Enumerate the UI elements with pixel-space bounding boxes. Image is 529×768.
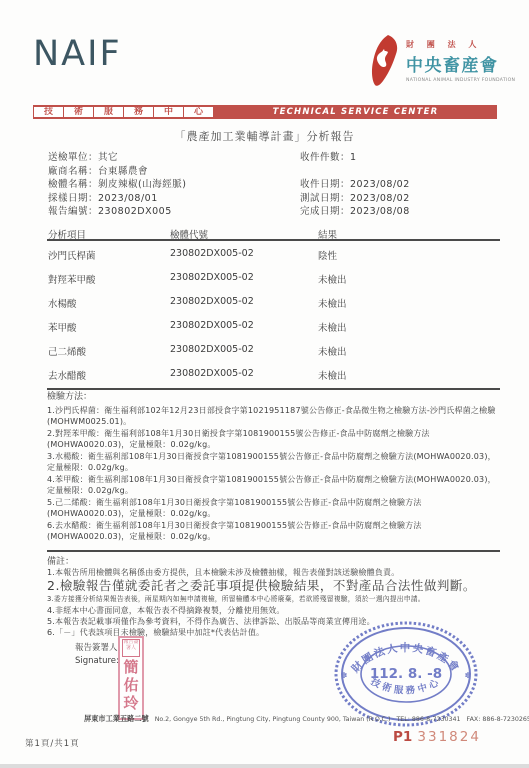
info-vendor-name: 廠商名稱：台東縣農會 <box>48 163 148 177</box>
sample-code: 230802DX005-02 <box>170 248 254 259</box>
methods-top-rule <box>47 388 500 390</box>
footer-address: 屏東市工業五路二號 No.2, Gongye 5th Rd., Pingtung… <box>84 714 524 724</box>
banner-char: 技 <box>33 107 64 117</box>
result-value: 未檢出 <box>318 368 347 382</box>
notes-top-rule <box>47 550 500 552</box>
serial-stamp: P1 331824 <box>393 726 481 745</box>
signer-seal-stamp: 報告簽署人 簡佑玲 <box>118 636 144 720</box>
banner-char: 務 <box>124 107 154 117</box>
method-item: 6.去水醋酸：衛生福利部108年1月30日衛授食字第1081900155號公告修… <box>47 520 503 543</box>
methods-heading: 檢驗方法： <box>47 392 503 404</box>
sample-code: 230802DX005-02 <box>170 320 254 331</box>
analysis-item: 對羥苯甲酸 <box>48 272 96 286</box>
org-type-label: 財 團 法 人 <box>406 39 515 50</box>
info-submit-unit: 送檢單位：其它 <box>48 149 118 163</box>
scan-edge-shadow <box>0 764 529 768</box>
address-zh: 屏東市工業五路二號 <box>84 714 149 723</box>
seal-title: 報告簽署人 <box>122 639 140 657</box>
footer-fax: FAX: 886-8-7230265 <box>467 716 529 723</box>
signature-labels: 報告簽署人: Signature: <box>75 642 120 668</box>
analysis-item: 苯甲酸 <box>48 320 77 334</box>
signer-label-en: Signature: <box>75 655 120 668</box>
stamp-right-ornament-icon: ✽ <box>465 671 472 680</box>
sample-code: 230802DX005-02 <box>170 368 254 379</box>
banner-char: 術 <box>64 107 94 117</box>
info-sampling-date: 採樣日期：2023/08/01 <box>48 190 158 204</box>
info-complete-date: 完成日期：2023/08/08 <box>300 203 410 217</box>
info-received-date: 收件日期：2023/08/02 <box>300 176 410 190</box>
footer-tel: TEL: 886-8-7230341 <box>396 716 460 723</box>
table-header-rule <box>47 239 500 241</box>
method-item: 5.己二烯酸：衛生福利部108年1月30日衛授食字第1081900155號公告修… <box>47 497 503 520</box>
address-en: No.2, Gongye 5th Rd., Pingtung City, Pin… <box>155 716 391 723</box>
result-value: 未檢出 <box>318 272 347 286</box>
result-value: 陰性 <box>318 248 337 262</box>
stamp-left-ornament-icon: ✽ <box>341 671 348 680</box>
serial-number: 331824 <box>417 729 481 745</box>
method-item: 4.苯甲酸：衛生福利部108年1月30日衛授食字第1081900155號公告修正… <box>47 474 503 497</box>
analysis-item: 己二烯酸 <box>48 344 86 358</box>
analysis-report-page: NAIF 財 團 法 人 中央畜産會 NATIONAL ANIMAL INDUS… <box>0 0 529 768</box>
banner-char: 中 <box>154 107 184 117</box>
methods-section: 檢驗方法： 1.沙門氏桿菌：衛生福利部102年12月23日部授食字第102195… <box>47 392 503 543</box>
note-item: 1.本報告所用檢體與名稱係由委方提供，且本檢驗未涉及檢體抽樣，報告表僅對該送驗檢… <box>47 567 509 578</box>
method-item: 2.對羥苯甲酸：衛生福利部108年1月30日衛授食字第1081900155號公告… <box>47 428 503 451</box>
analysis-item: 沙門氏桿菌 <box>48 248 96 262</box>
method-item: 3.水楊酸：衛生福利部108年1月30日衛授食字第1081900155號公告修正… <box>47 451 503 474</box>
report-title: 「農產加工業輔導計畫」分析報告 <box>0 128 529 144</box>
result-value: 未檢出 <box>318 344 347 358</box>
notes-heading: 備註： <box>47 554 509 567</box>
method-item: 1.沙門氏桿菌：衛生福利部102年12月23日部授食字第1021951187號公… <box>47 405 503 428</box>
info-report-number: 報告編號：230802DX005 <box>48 203 172 217</box>
sample-code: 230802DX005-02 <box>170 272 254 283</box>
sample-code: 230802DX005-02 <box>170 296 254 307</box>
naif-logo-text: NAIF <box>33 34 122 74</box>
org-text: 財 團 法 人 中央畜産會 NATIONAL ANIMAL INDUSTRY F… <box>406 33 515 91</box>
analysis-item: 去水醋酸 <box>48 368 86 382</box>
signer-label-zh: 報告簽署人: <box>75 642 120 655</box>
result-value: 未檢出 <box>318 296 347 310</box>
note-item: 4.非經本中心書面同意，本報告表不得摘錄複製，分離使用無效。 <box>47 605 509 616</box>
banner-chinese-cells: 技 術 服 務 中 心 <box>33 107 214 117</box>
service-center-banner: 技 術 服 務 中 心 TECHNICAL SERVICE CENTER <box>33 105 497 119</box>
banner-char: 心 <box>184 107 214 117</box>
analysis-item: 水楊酸 <box>48 296 77 310</box>
seal-signer-name: 簡佑玲 <box>121 659 142 713</box>
page-number: 第1頁/共1頁 <box>25 737 80 749</box>
org-logo: 財 團 法 人 中央畜産會 NATIONAL ANIMAL INDUSTRY F… <box>366 33 506 91</box>
result-value: 未檢出 <box>318 320 347 334</box>
taiwan-island-icon <box>366 33 404 89</box>
info-received-count: 收件件數：1 <box>300 149 357 163</box>
info-test-date: 測試日期：2023/08/02 <box>300 190 410 204</box>
banner-char: 服 <box>94 107 124 117</box>
note-item: 3.委方接獲分析結果報告表後，兩星期內如無申請複檢，所留檢體本中心將廢棄，若欲將… <box>47 594 509 605</box>
sample-code: 230802DX005-02 <box>170 344 254 355</box>
info-sample-name: 檢體名稱：剝皮辣椒(山海經脈) <box>48 176 186 190</box>
org-name-en-label: NATIONAL ANIMAL INDUSTRY FOUNDATION <box>406 78 515 83</box>
stamp-date-text: 112. 8. -8 <box>370 666 442 682</box>
banner-english-label: TECHNICAL SERVICE CENTER <box>214 107 497 117</box>
note-item: 2.檢驗報告僅就委託者之委託事項提供檢驗結果，不對產品合法性做判斷。 <box>47 578 509 594</box>
org-name-label: 中央畜産會 <box>406 51 515 76</box>
serial-prefix: P1 <box>393 729 412 745</box>
